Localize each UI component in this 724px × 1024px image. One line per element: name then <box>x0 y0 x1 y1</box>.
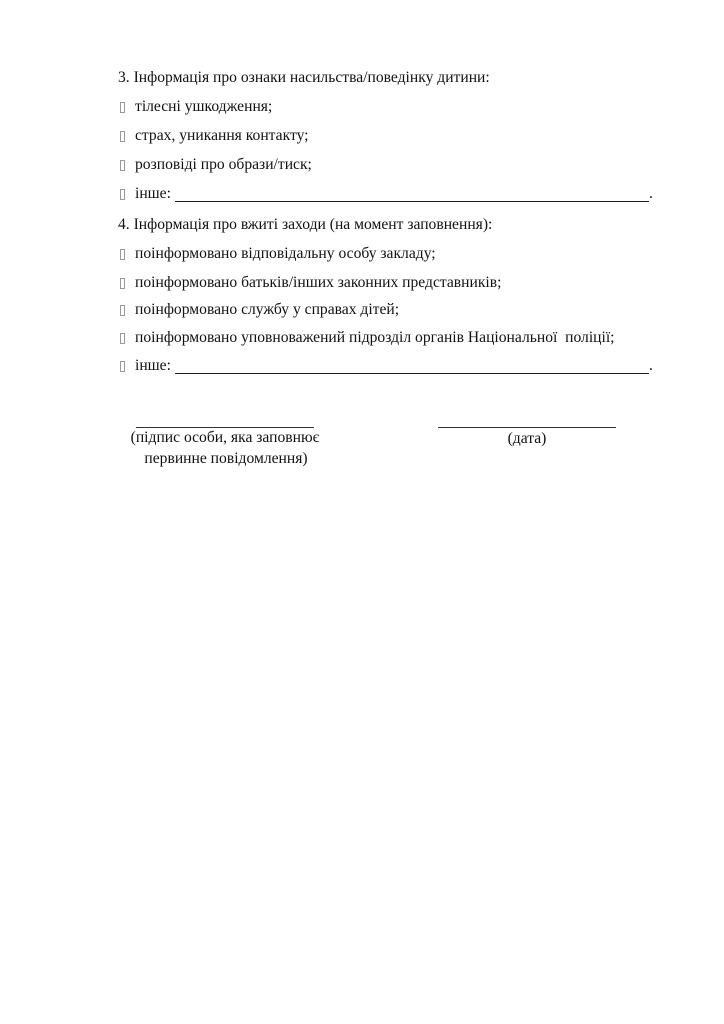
checkbox-icon[interactable] <box>120 131 125 142</box>
checkbox-icon[interactable] <box>120 249 125 260</box>
section-4-option[interactable]: поінформовано уповноважений підрозділ ор… <box>118 328 615 348</box>
section-3-option[interactable]: тілесні ушкодження; <box>118 97 272 117</box>
section-3-option[interactable]: розповіді про образи/тиск; <box>118 155 312 175</box>
option-label: поінформовано уповноважений підрозділ ор… <box>135 328 615 348</box>
option-label: тілесні ушкодження; <box>135 97 272 117</box>
option-label: страх, уникання контакту; <box>135 126 309 146</box>
other-input-field[interactable] <box>175 187 649 202</box>
option-label: поінформовано батьків/інших законних пре… <box>135 273 501 293</box>
checkbox-icon[interactable] <box>120 333 125 344</box>
section-3-heading: 3. Інформація про ознаки насильства/пове… <box>118 68 490 88</box>
option-label: розповіді про образи/тиск; <box>135 155 312 175</box>
section-4-other-option[interactable]: інше: . <box>118 356 653 376</box>
section-4-heading: 4. Інформація про вжиті заходи (на момен… <box>118 215 492 235</box>
other-label: інше: <box>135 184 171 204</box>
other-label: інше: <box>135 356 171 376</box>
date-input-line[interactable] <box>438 427 616 428</box>
option-label: поінформовано службу у справах дітей; <box>135 300 399 320</box>
checkbox-icon[interactable] <box>120 278 125 289</box>
other-input-field[interactable] <box>175 359 649 374</box>
option-label: поінформовано відповідальну особу заклад… <box>135 244 436 264</box>
section-3-other-option[interactable]: інше: . <box>118 184 653 204</box>
signature-caption-line-1: (підпис особи, яка заповнює <box>118 428 332 448</box>
other-terminator: . <box>649 184 653 204</box>
checkbox-icon[interactable] <box>120 189 125 200</box>
section-4-option[interactable]: поінформовано відповідальну особу заклад… <box>118 244 436 264</box>
section-3-option[interactable]: страх, уникання контакту; <box>118 126 309 146</box>
document-page: 3. Інформація про ознаки насильства/пове… <box>0 0 724 1024</box>
section-4-option[interactable]: поінформовано службу у справах дітей; <box>118 300 399 320</box>
checkbox-icon[interactable] <box>120 160 125 171</box>
checkbox-icon[interactable] <box>120 102 125 113</box>
date-caption: (дата) <box>438 429 616 449</box>
checkbox-icon[interactable] <box>120 305 125 316</box>
other-terminator: . <box>649 356 653 376</box>
signature-caption-line-2: первинне повідомлення) <box>118 449 334 469</box>
checkbox-icon[interactable] <box>120 361 125 372</box>
section-4-option[interactable]: поінформовано батьків/інших законних пре… <box>118 273 501 293</box>
